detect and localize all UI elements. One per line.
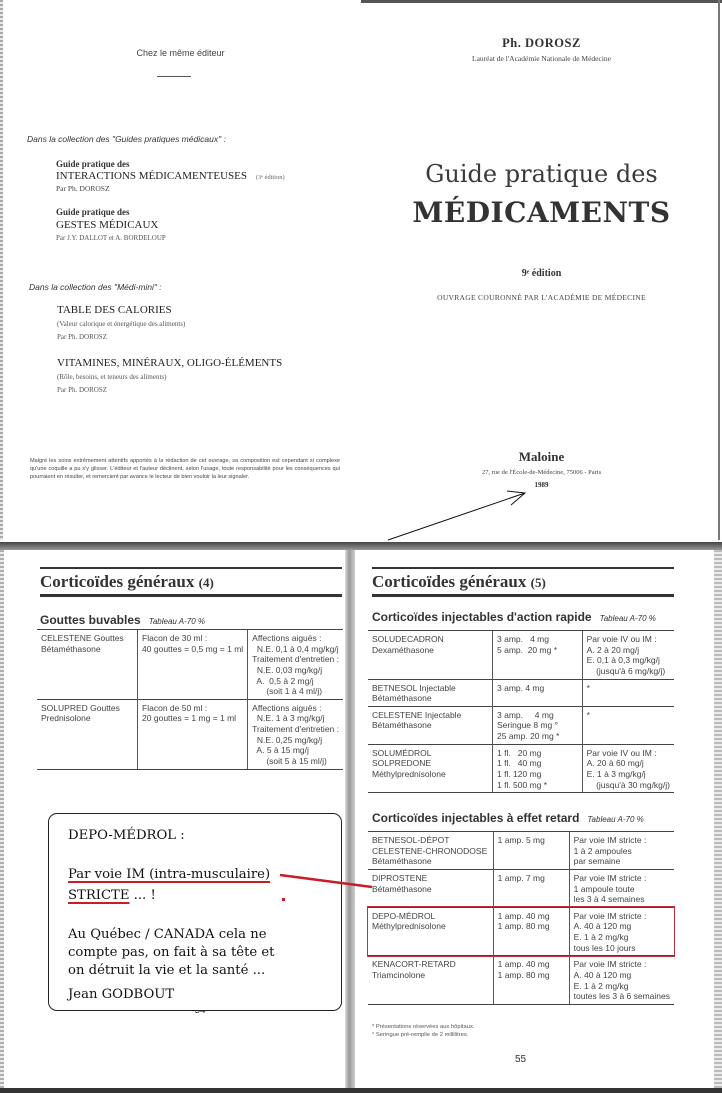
publisher-list-page: Chez le même éditeur Dans la collection …	[0, 0, 361, 540]
callout-signature: Jean GODBOUT	[68, 986, 174, 1004]
presentation-cell: 1 amp. 40 mg1 amp. 80 mg	[493, 907, 569, 956]
book-line1: Guide pratique des	[56, 207, 130, 217]
drug-name-cell: CELESTENE InjectableBétaméthasone	[368, 706, 493, 744]
drug-table: CELESTENE GouttesBétaméthasoneFlacon de …	[37, 629, 343, 770]
drug-name-cell: DIPROSTENEBétaméthasone	[368, 869, 493, 907]
scan-edge	[0, 1088, 722, 1093]
edition: 9ᵉ édition	[361, 268, 722, 279]
book-gutter	[345, 550, 355, 1093]
connector-line-icon	[270, 868, 380, 908]
book-author: Par Ph. DOROSZ	[57, 333, 107, 341]
table-row: SOLUMÉDROLSOLPREDONEMéthylprednisolone1 …	[368, 744, 674, 793]
callout-drug: DEPO-MÉDROL :	[68, 827, 185, 845]
book-line1: Guide pratique des	[56, 159, 130, 169]
footnotes: * Présentations réservées aux hôpitaux. …	[372, 1023, 474, 1039]
arrow-icon	[380, 470, 540, 550]
callout-route: Par voie IM (intra-musculaire)	[68, 866, 270, 884]
dosage-cell: Affections aiguës : N.E. 0,1 à 0,4 mg/kg…	[248, 630, 343, 700]
title-rule	[40, 594, 342, 597]
section-heading-retard: Corticoïdes injectables à effet retardTa…	[372, 811, 644, 825]
book-title-line1: Guide pratique des	[361, 160, 722, 188]
drug-table-retard: BETNESOL-DÉPOTCELESTENE-CHRONODOSEBétamé…	[368, 831, 674, 1005]
presentation-cell: 1 amp. 40 mg1 amp. 80 mg	[493, 956, 569, 1005]
publisher-name: Maloine	[361, 449, 722, 465]
page-number: 55	[515, 1054, 526, 1065]
book-title-vitamines: VITAMINES, MINÉRAUX, OLIGO-ÉLÉMENTS	[57, 357, 282, 369]
award: OUVRAGE COURONNÉ PAR L'ACADÉMIE DE MÉDEC…	[361, 293, 722, 302]
drug-name-cell: SOLUPRED GouttesPrednisolone	[37, 699, 138, 769]
title-rule	[40, 567, 342, 569]
book-title-line2: MÉDICAMENTS	[361, 196, 722, 229]
book-title-gestes: GESTES MÉDICAUX	[56, 219, 158, 231]
table-row: BETNESOL InjectableBétaméthasone3 amp. 4…	[368, 679, 674, 706]
drug-name-cell: BETNESOL-DÉPOTCELESTENE-CHRONODOSEBétamé…	[368, 832, 493, 870]
book-author: Par J.Y. DALLOT et A. BORDELOUP	[56, 234, 166, 242]
dosage-cell: Par voie IM stricte :1 ampoule touteles …	[569, 869, 674, 907]
book-author: Par Ph. DOROSZ	[56, 184, 110, 193]
drug-name-cell: SOLUDECADRONDexaméthasone	[368, 631, 493, 680]
drug-table-rapid: SOLUDECADRONDexaméthasone3 amp. 4 mg5 am…	[368, 630, 674, 793]
table-row: CELESTENE GouttesBétaméthasoneFlacon de …	[37, 630, 343, 700]
author-title: Lauréat de l'Académie Nationale de Médec…	[361, 54, 722, 63]
title-rule	[372, 567, 674, 569]
presentation-cell: 3 amp. 4 mg	[493, 679, 583, 706]
page-title: Corticoïdes généraux (5)	[372, 572, 546, 592]
table-row: DIPROSTENEBétaméthasone1 amp. 7 mgPar vo…	[368, 869, 674, 907]
presentation-cell: Flacon de 50 ml :20 gouttes = 1 mg = 1 m…	[138, 699, 248, 769]
dosage-cell: Par voie IM stricte :A. 40 à 120 mgE. 1 …	[569, 956, 674, 1005]
table-row: SOLUDECADRONDexaméthasone3 amp. 4 mg5 am…	[368, 631, 674, 680]
dosage-cell: Par voie IV ou IM :A. 2 à 20 mg/jE. 0,1 …	[582, 631, 674, 680]
collection-label-guides: Dans la collection des "Guides pratiques…	[27, 134, 226, 144]
collection-label-medimini: Dans la collection des "Médi-mini" :	[29, 282, 162, 292]
book-subtitle: (Rôle, besoins, et teneurs des aliments)	[57, 373, 166, 381]
page-title: Corticoïdes généraux (4)	[40, 572, 214, 592]
dosage-cell: *	[582, 706, 674, 744]
dosage-cell: *	[582, 679, 674, 706]
publisher-heading: Chez le même éditeur	[0, 48, 361, 58]
page-55: Corticoïdes généraux (5) Corticoïdes inj…	[355, 550, 722, 1093]
table-row: SOLUPRED GouttesPrednisoloneFlacon de 50…	[37, 699, 343, 769]
drug-name-cell: BETNESOL InjectableBétaméthasone	[368, 679, 493, 706]
drug-name-cell: DEPO-MÉDROLMéthylprednisolone	[368, 907, 493, 956]
book-title-interactions: INTERACTIONS MÉDICAMENTEUSES (3ᵉ édition…	[56, 170, 285, 182]
drug-name-cell: CELESTENE GouttesBétaméthasone	[37, 630, 138, 700]
presentation-cell: 3 amp. 4 mg5 amp. 20 mg *	[493, 631, 583, 680]
table-row: BETNESOL-DÉPOTCELESTENE-CHRONODOSEBétamé…	[368, 832, 674, 870]
book-title-calories: TABLE DES CALORIES	[57, 304, 172, 316]
presentation-cell: 1 amp. 7 mg	[493, 869, 569, 907]
disclaimer: Malgré les soins extrêmement attentifs a…	[30, 457, 340, 481]
dosage-cell: Par voie IM stricte :A. 40 à 120 mgE. 1 …	[569, 907, 674, 956]
page-separator	[0, 542, 722, 550]
table-row: KENACORT-RETARDTriamcinolone1 amp. 40 mg…	[368, 956, 674, 1005]
table-row: CELESTENE InjectableBétaméthasone3 amp. …	[368, 706, 674, 744]
author-name: Ph. DOROSZ	[361, 36, 722, 51]
book-author: Par Ph. DOROSZ	[57, 386, 107, 394]
divider	[157, 76, 191, 77]
section-heading-rapid: Corticoïdes injectables d'action rapideT…	[372, 610, 656, 624]
dosage-cell: Par voie IV ou IM :A. 20 à 60 mg/jE. 1 à…	[582, 744, 674, 793]
presentation-cell: Flacon de 30 ml :40 gouttes = 0,5 mg = 1…	[138, 630, 248, 700]
presentation-cell: 1 amp. 5 mg	[493, 832, 569, 870]
drug-name-cell: SOLUMÉDROLSOLPREDONEMéthylprednisolone	[368, 744, 493, 793]
book-subtitle: (Valeur calorique et énergétique des ali…	[57, 320, 185, 328]
presentation-cell: 1 fl. 20 mg1 fl. 40 mg1 fl. 120 mg1 fl. …	[493, 744, 583, 793]
section-heading: Gouttes buvablesTableau A-70 %	[40, 613, 205, 627]
callout-body: Au Québec / CANADA cela ne compte pas, o…	[68, 926, 293, 981]
table-row: DEPO-MÉDROLMéthylprednisolone1 amp. 40 m…	[368, 907, 674, 956]
title-rule	[372, 594, 674, 597]
dosage-cell: Affections aiguës : N.E. 1 à 3 mg/kg/jTr…	[248, 699, 343, 769]
callout-strict: STRICTE ... !	[68, 887, 156, 905]
title-page: Ph. DOROSZ Lauréat de l'Académie Nationa…	[361, 0, 722, 540]
presentation-cell: 3 amp. 4 mgSeringue 8 mg °25 amp. 20 mg …	[493, 706, 583, 744]
drug-name-cell: KENACORT-RETARDTriamcinolone	[368, 956, 493, 1005]
dosage-cell: Par voie IM stricte :1 à 2 ampoulespar s…	[569, 832, 674, 870]
annotation-callout: DEPO-MÉDROL : Par voie IM (intra-muscula…	[48, 813, 342, 1011]
